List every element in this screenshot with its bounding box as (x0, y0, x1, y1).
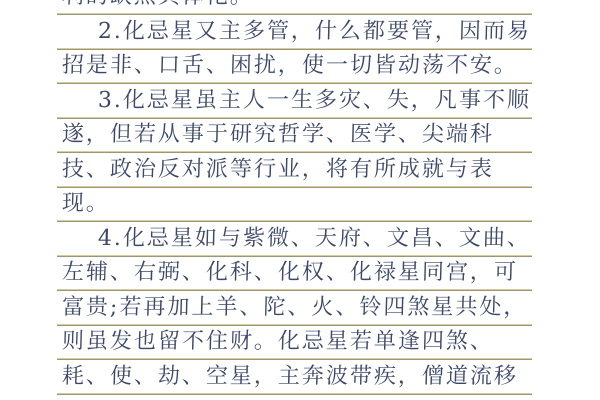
text-line: 耗、使、劫、空星，主奔波带疾，僧道流移 (62, 359, 519, 390)
text-line-partial: 利的缺点具体化。 (62, 0, 255, 10)
book-page: 利的缺点具体化。 2.化忌星又主多管，什么都要管，因而易 招是非、口舌、困扰，使… (0, 0, 600, 400)
text-line: 招是非、口舌、困扰，使一切皆动荡不安。 (62, 48, 519, 79)
text-line: 遂，但若从事于研究哲学、医学、尖端科 (62, 117, 495, 148)
text-line: 2.化忌星又主多管，什么都要管，因而易 (98, 14, 532, 45)
ruled-line-row: 现。 (57, 186, 532, 221)
text-line: 富贵;若再加上羊、陀、火、铃四煞星共处， (62, 290, 528, 321)
ruled-line-row: 遂，但若从事于研究哲学、医学、尖端科 (57, 117, 532, 152)
ruled-line-row: 4.化忌星如与紫微、天府、文昌、文曲、 (57, 221, 532, 256)
ruled-line-row: 左辅、右弼、化科、化权、化禄星同宫，可 (57, 255, 532, 290)
ruled-line-row: 则虽发也留不住财。化忌星若单逢四煞、 (57, 324, 532, 359)
ruled-line-row: 技、政治反对派等行业，将有所成就与表 (57, 152, 532, 187)
text-line: 4.化忌星如与紫微、天府、文昌、文曲、 (98, 221, 532, 252)
ruled-line-row: 富贵;若再加上羊、陀、火、铃四煞星共处， (57, 290, 532, 325)
ruled-line-row: 耗、使、劫、空星，主奔波带疾，僧道流移 (57, 359, 532, 394)
text-line: 3.化忌星虽主人一生多灾、失，凡事不顺 (98, 83, 532, 114)
ruled-line-row: 2.化忌星又主多管，什么都要管，因而易 (57, 14, 532, 49)
ruled-line-row: 3.化忌星虽主人一生多灾、失，凡事不顺 (57, 83, 532, 118)
text-line: 技、政治反对派等行业，将有所成就与表 (62, 152, 495, 183)
ruled-line-row: 招是非、口舌、困扰，使一切皆动荡不安。 (57, 48, 532, 83)
text-line: 现。 (62, 186, 111, 217)
text-line: 左辅、右弼、化科、化权、化禄星同宫，可 (62, 255, 519, 286)
text-line: 则虽发也留不住财。化忌星若单逢四煞、 (62, 324, 495, 355)
ruled-line-row: 利的缺点具体化。 (57, 0, 532, 14)
